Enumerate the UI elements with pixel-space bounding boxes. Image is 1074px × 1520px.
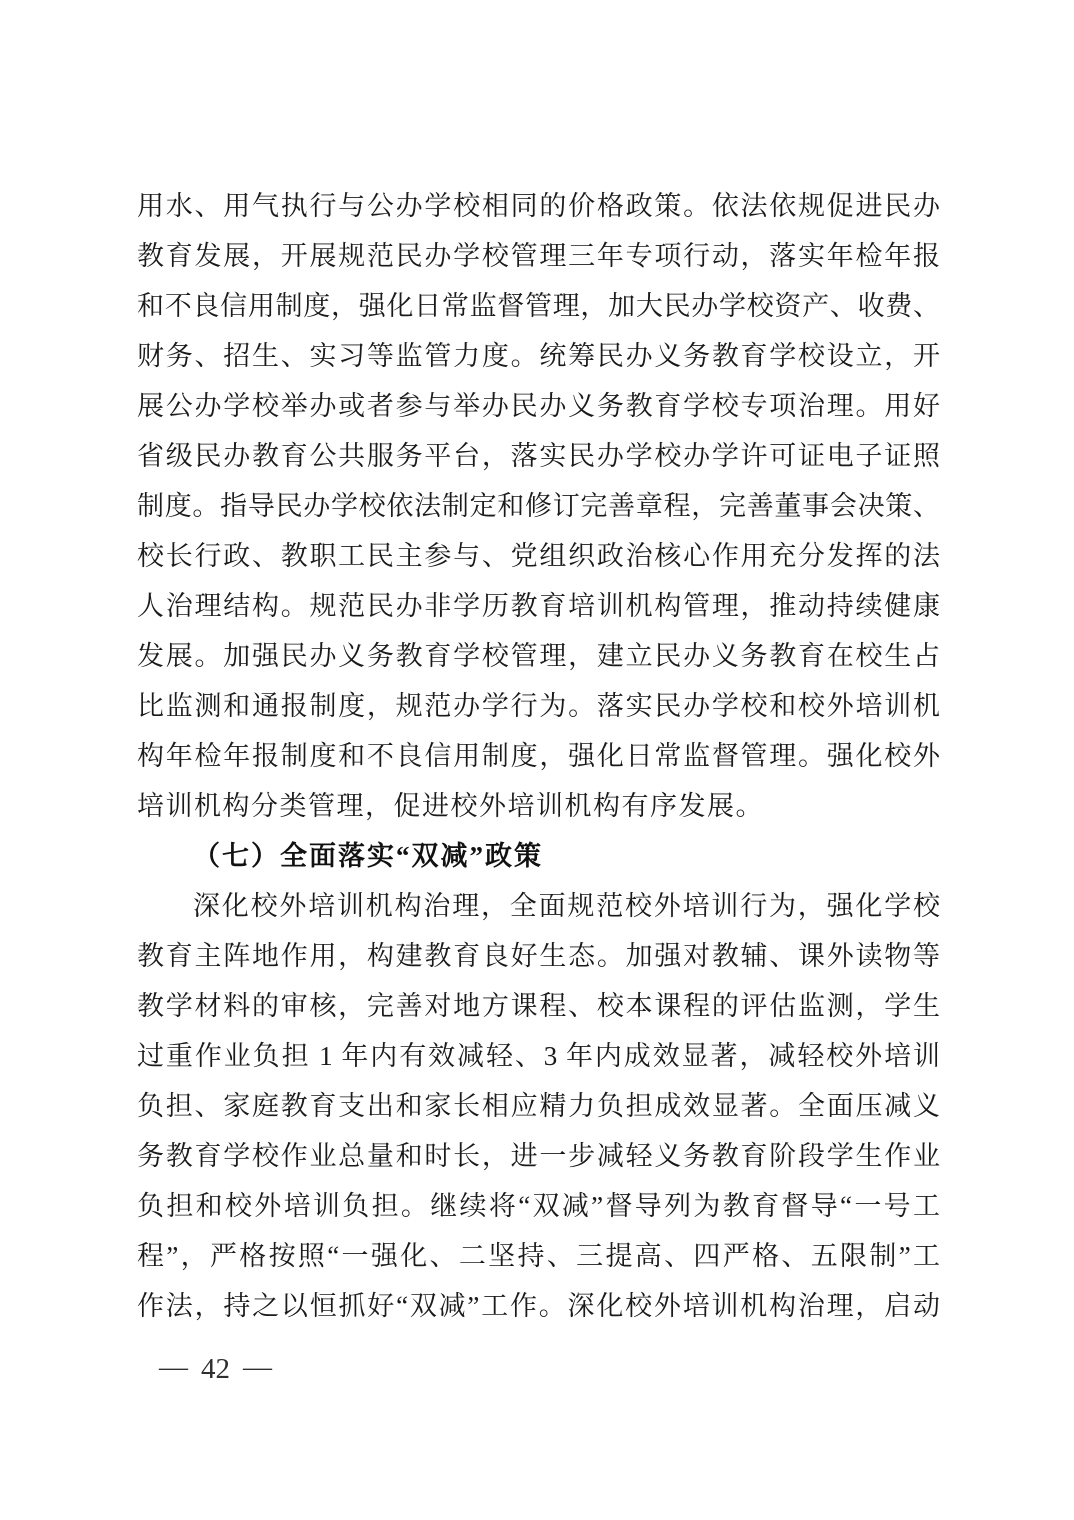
text-line: 务教育学校作业总量和时长，进一步减轻义务教育阶段学生作业	[137, 1131, 940, 1181]
text-line: 教育主阵地作用，构建教育良好生态。加强对教辅、课外读物等	[137, 931, 940, 981]
text-line: 制度。指导民办学校依法制定和修订完善章程，完善董事会决策、	[137, 481, 940, 531]
page-number-right-dash: —	[243, 1351, 272, 1384]
text-line: 教学材料的审核，完善对地方课程、校本课程的评估监测，学生	[137, 981, 940, 1031]
document-page: 用水、用气执行与公办学校相同的价格政策。依法依规促进民办 教育发展，开展规范民办…	[0, 0, 1074, 1520]
text-line: 比监测和通报制度，规范办学行为。落实民办学校和校外培训机	[137, 681, 940, 731]
text-line: 人治理结构。规范民办非学历教育培训机构管理，推动持续健康	[137, 581, 940, 631]
text-line: 深化校外培训机构治理，全面规范校外培训行为，强化学校	[137, 881, 940, 931]
text-line: 教育发展，开展规范民办学校管理三年专项行动，落实年检年报	[137, 231, 940, 281]
text-line: 构年检年报制度和不良信用制度，强化日常监督管理。强化校外	[137, 731, 940, 781]
page-number-value: 42	[201, 1353, 230, 1386]
text-line: 作法，持之以恒抓好“双减”工作。深化校外培训机构治理，启动	[137, 1281, 940, 1331]
page-number: — 42 —	[159, 1348, 272, 1390]
text-line: 负担和校外培训负担。继续将“双减”督导列为教育督导“一号工	[137, 1181, 940, 1231]
text-line: 程”，严格按照“一强化、二坚持、三提高、四严格、五限制”工	[137, 1231, 940, 1281]
text-line: 发展。加强民办义务教育学校管理，建立民办义务教育在校生占	[137, 631, 940, 681]
text-line: 校长行政、教职工民主参与、党组织政治核心作用充分发挥的法	[137, 531, 940, 581]
text-line: 财务、招生、实习等监管力度。统筹民办义务教育学校设立，开	[137, 331, 940, 381]
text-line: 展公办学校举办或者参与举办民办义务教育学校专项治理。用好	[137, 381, 940, 431]
text-line: 省级民办教育公共服务平台，落实民办学校办学许可证电子证照	[137, 431, 940, 481]
section-heading: （七）全面落实“双减”政策	[137, 831, 940, 881]
text-line: 和不良信用制度，强化日常监督管理，加大民办学校资产、收费、	[137, 281, 940, 331]
text-line: 培训机构分类管理，促进校外培训机构有序发展。	[137, 781, 940, 831]
page-number-left-dash: —	[159, 1351, 188, 1384]
text-line: 过重作业负担 1 年内有效减轻、3 年内成效显著，减轻校外培训	[137, 1031, 940, 1081]
text-line: 用水、用气执行与公办学校相同的价格政策。依法依规促进民办	[137, 181, 940, 231]
text-line: 负担、家庭教育支出和家长相应精力负担成效显著。全面压减义	[137, 1081, 940, 1131]
body-text: 用水、用气执行与公办学校相同的价格政策。依法依规促进民办 教育发展，开展规范民办…	[137, 181, 940, 1331]
